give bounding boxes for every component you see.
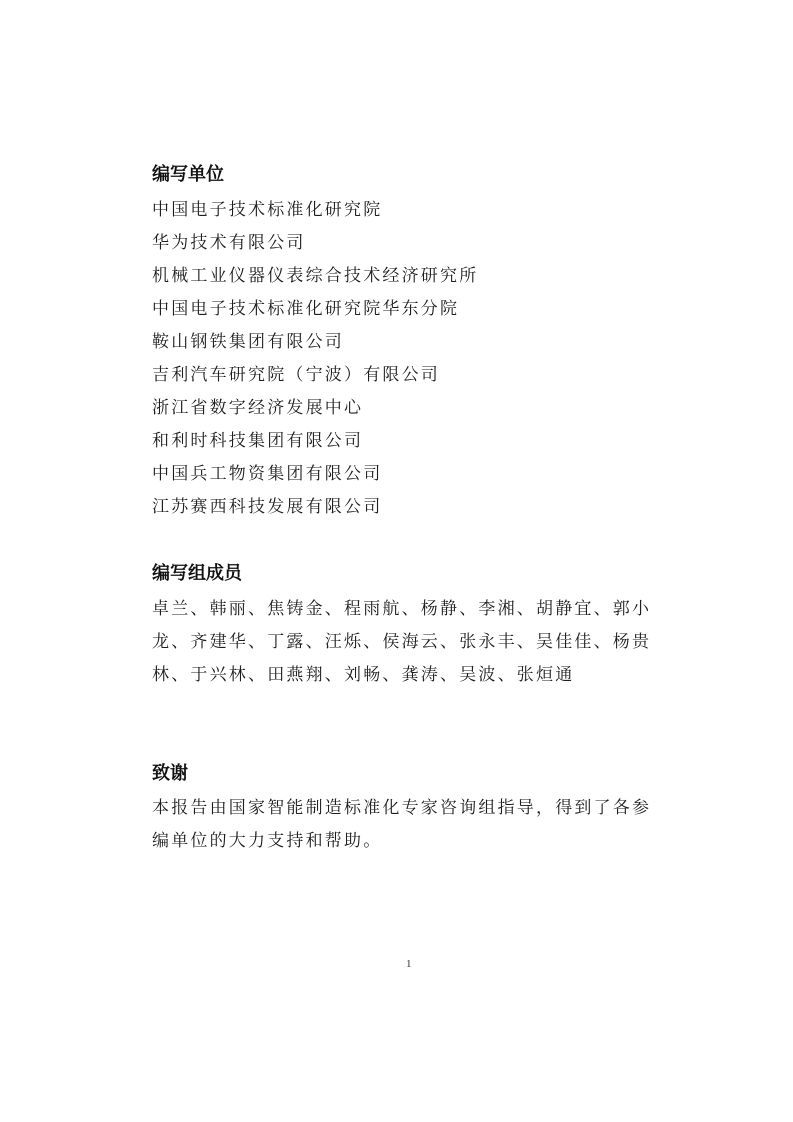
members-section-title: 编写组成员 bbox=[152, 562, 242, 586]
members-line: 卓兰、韩丽、焦铸金、程雨航、杨静、李湘、胡静宜、郭小 bbox=[152, 597, 651, 621]
acknowledgement-line: 本报告由国家智能制造标准化专家咨询组指导，得到了各参 bbox=[152, 796, 651, 820]
unit-item: 中国兵工物资集团有限公司 bbox=[152, 462, 382, 486]
members-line: 龙、齐建华、丁露、汪烁、侯海云、张永丰、吴佳佳、杨贵 bbox=[152, 630, 651, 654]
unit-item: 华为技术有限公司 bbox=[152, 231, 306, 255]
unit-item: 浙江省数字经济发展中心 bbox=[152, 396, 363, 420]
unit-item: 鞍山钢铁集团有限公司 bbox=[152, 330, 344, 354]
unit-item: 吉利汽车研究院（宁波）有限公司 bbox=[152, 363, 440, 387]
unit-item: 和利时科技集团有限公司 bbox=[152, 429, 363, 453]
acknowledgement-line: 编单位的大力支持和帮助。 bbox=[152, 829, 382, 853]
unit-item: 江苏赛西科技发展有限公司 bbox=[152, 495, 382, 519]
members-line: 林、于兴林、田燕翔、刘畅、龚涛、吴波、张烜通 bbox=[152, 663, 574, 687]
units-section-title: 编写单位 bbox=[152, 163, 224, 187]
acknowledgement-section-title: 致谢 bbox=[152, 762, 188, 786]
document-page: 编写单位 中国电子技术标准化研究院 华为技术有限公司 机械工业仪器仪表综合技术经… bbox=[0, 0, 793, 1122]
unit-item: 中国电子技术标准化研究院华东分院 bbox=[152, 297, 459, 321]
unit-item: 机械工业仪器仪表综合技术经济研究所 bbox=[152, 264, 478, 288]
page-number: 1 bbox=[406, 958, 412, 970]
unit-item: 中国电子技术标准化研究院 bbox=[152, 198, 382, 222]
